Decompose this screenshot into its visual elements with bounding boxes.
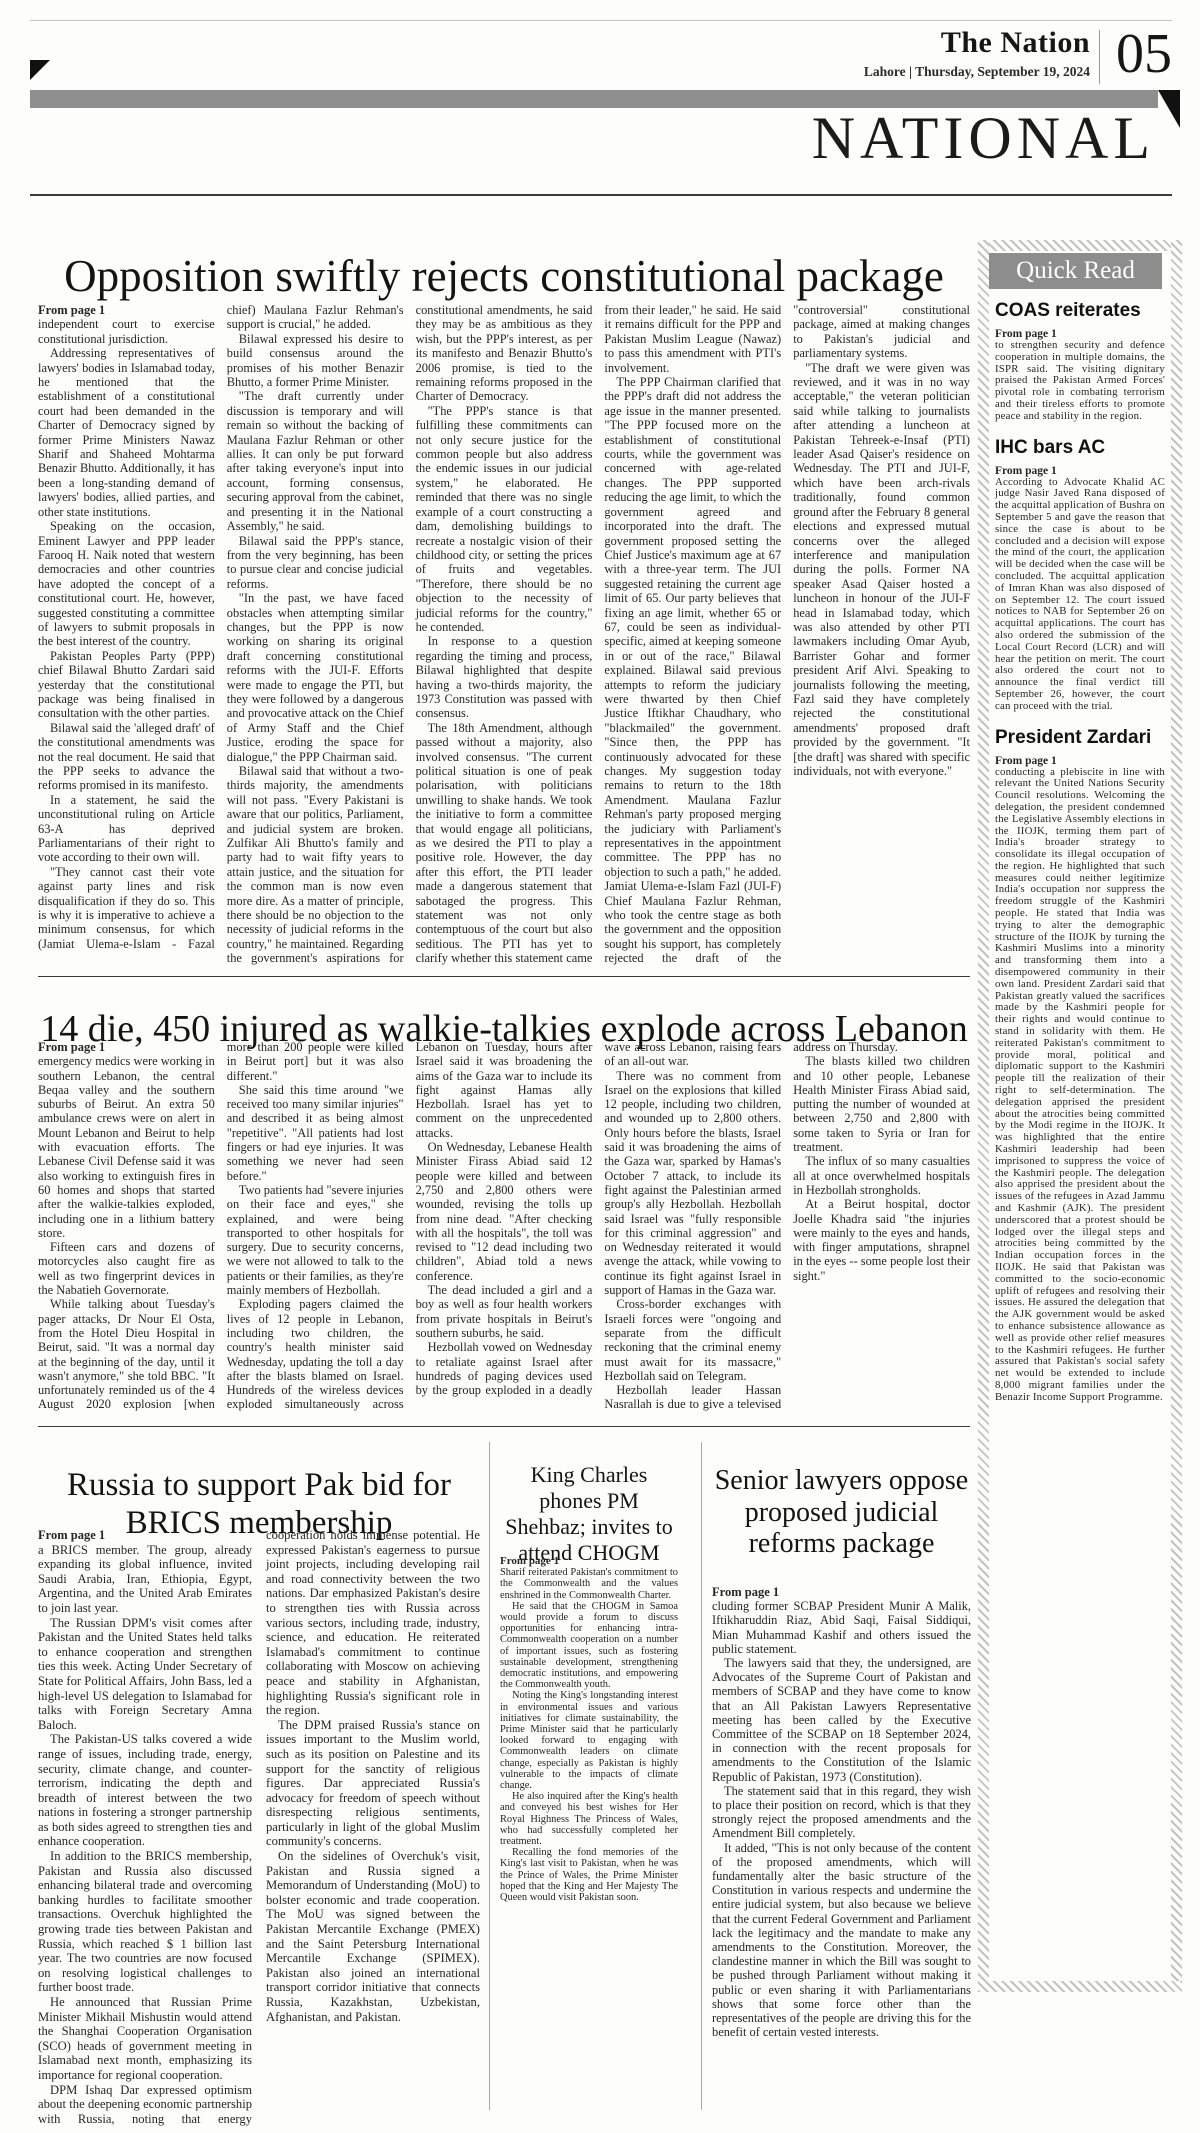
from-page-label: From page 1 [38,1528,252,1543]
article-paragraph: Addressing representatives of lawyers' b… [38,346,215,519]
quick-read-item-heading: COAS reiterates [995,300,1165,322]
article-paragraph: In a statement, he said the unconstituti… [38,793,215,865]
from-page-label: From page 1 [995,465,1165,477]
article-paragraph: He said that the CHOGM in Samoa would pr… [500,1601,678,1691]
article-paragraph: Recalling the fond memories of the King'… [500,1847,678,1903]
article-divider-rule [38,1426,970,1427]
article-paragraph: Fifteen cars and dozens of motorcycles a… [38,1240,215,1297]
article-paragraph: The statement said that in this regard, … [712,1784,971,1841]
king-charles-article-body: From page 1 Sharif reiterated Pakistan's… [500,1556,678,2116]
article-paragraph: There was no comment from Israel on the … [604,1069,781,1298]
article-paragraph: The dead included a girl and a boy as we… [416,1283,593,1340]
edition-dateline: Lahore | Thursday, September 19, 2024 [864,64,1090,80]
article-paragraph: emergency medics were working in souther… [38,1054,215,1240]
article-paragraph: The lawyers said that they, the undersig… [712,1656,971,1784]
masthead-divider [1099,30,1100,84]
article-paragraph: She said this time around "we received t… [227,1083,404,1183]
section-title: NATIONAL [812,104,1155,173]
quick-read-header: Quick Read [989,253,1162,289]
from-page-label: From page 1 [500,1556,678,1567]
article-paragraph: The blasts killed two children and 10 ot… [793,1054,970,1154]
lawyers-article-headline: Senior lawyers oppose proposed judicial … [712,1465,971,1559]
quick-read-item: IHC bars AC From page 1 According to Adv… [995,437,1165,713]
article-paragraph: He announced that Russian Prime Minister… [38,1995,252,2083]
article-paragraph: In response to a question regarding the … [416,634,593,720]
masthead-top-rule [30,20,1172,21]
article-paragraph: Bilawal said the 'alleged draft' of the … [38,721,215,793]
article-paragraph: Noting the King's longstanding interest … [500,1690,678,1791]
lawyers-article-paragraphs: cluding former SCBAP President Munir A M… [712,1599,971,2039]
article-paragraph: In addition to the BRICS membership, Pak… [38,1849,252,1995]
article-paragraph: independent court to exercise constituti… [38,317,215,346]
lawyers-article-body: From page 1 cluding former SCBAP Preside… [712,1585,971,2115]
sidebar-hatch-border [978,240,989,1992]
quick-read-sidebar: COAS reiterates From page 1 to strengthe… [995,300,1165,1418]
lebanon-article-body: From page 1 emergency medics were workin… [38,1040,970,1420]
quick-read-item-body: conducting a plebiscite in line with rel… [995,767,1165,1404]
brics-article-paragraphs: a BRICS member. The group, already expan… [38,1528,480,2128]
newspaper-page: The Nation Lahore | Thursday, September … [0,0,1200,2133]
article-paragraph: Bilawal expressed his desire to build co… [227,332,404,390]
lead-article-headline: Opposition swiftly rejects constitutiona… [38,252,970,302]
article-paragraph: On the sidelines of Overchuk's visit, Pa… [266,1849,480,2024]
quick-read-item: President Zardari From page 1 conducting… [995,727,1165,1404]
article-paragraph: cluding former SCBAP President Munir A M… [712,1599,971,1656]
brics-article-body: From page 1 a BRICS member. The group, a… [38,1528,480,2128]
article-paragraph: He also inquired after the King's health… [500,1791,678,1847]
newspaper-brand: The Nation [941,26,1090,60]
article-paragraph: "The draft we were given was reviewed, a… [793,361,970,779]
article-paragraph: "The PPP's stance is that fulfilling the… [416,404,593,635]
article-paragraph: The Russian DPM's visit comes after Paki… [38,1616,252,1733]
quick-read-item-heading: President Zardari [995,727,1165,749]
fold-mark-right-icon [1158,90,1180,128]
article-paragraph: The influx of so many casualties all at … [793,1154,970,1197]
quick-read-item-body: According to Advocate Khalid AC judge Na… [995,477,1165,713]
lebanon-article-paragraphs: emergency medics were working in souther… [38,1040,970,1420]
sidebar-hatch-border [978,240,1182,251]
king-charles-article-headline: King Charles phones PM Shehbaz; invites … [500,1462,678,1566]
fold-mark-left-icon [30,60,50,80]
quick-read-item: COAS reiterates From page 1 to strengthe… [995,300,1165,423]
from-page-label: From page 1 [38,303,215,317]
section-rule [30,194,1172,196]
article-paragraph: Speaking on the occasion, Eminent Lawyer… [38,519,215,649]
article-paragraph: a BRICS member. The group, already expan… [38,1543,252,1616]
quick-read-item-heading: IHC bars AC [995,437,1165,459]
column-divider [701,1442,702,2110]
lead-article-paragraphs: independent court to exercise constituti… [38,303,970,968]
article-paragraph: Cross-border exchanges with Israeli forc… [604,1297,781,1383]
article-paragraph: "The draft currently under discussion is… [227,389,404,533]
article-paragraph: Sharif reiterated Pakistan's commitment … [500,1567,678,1601]
article-paragraph: On Wednesday, Lebanese Health Minister F… [416,1140,593,1283]
quick-read-item-body: to strengthen security and defence coope… [995,340,1165,423]
article-paragraph: It added, "This is not only because of t… [712,1841,971,2040]
sidebar-hatch-border [1171,240,1182,1992]
page-number: 05 [1116,22,1172,86]
article-paragraph: Two patients had "severe injuries on the… [227,1183,404,1297]
article-paragraph: At a Beirut hospital, doctor Joelle Khad… [793,1197,970,1283]
article-paragraph: Bilawal said the PPP's stance, from the … [227,534,404,592]
king-charles-article-paragraphs: Sharif reiterated Pakistan's commitment … [500,1567,678,1903]
from-page-label: From page 1 [712,1585,971,1599]
article-paragraph: "In the past, we have faced obstacles wh… [227,591,404,764]
article-paragraph: The DPM praised Russia's stance on issue… [266,1718,480,1849]
from-page-label: From page 1 [995,755,1165,767]
article-divider-rule [38,976,970,977]
from-page-label: From page 1 [38,1040,215,1054]
article-paragraph: The Pakistan-US talks covered a wide ran… [38,1732,252,1849]
article-paragraph: Pakistan Peoples Party (PPP) chief Bilaw… [38,649,215,721]
column-divider [489,1442,490,2110]
lead-article-body: From page 1 independent court to exercis… [38,303,970,968]
sidebar-hatch-border [978,1981,1182,1992]
